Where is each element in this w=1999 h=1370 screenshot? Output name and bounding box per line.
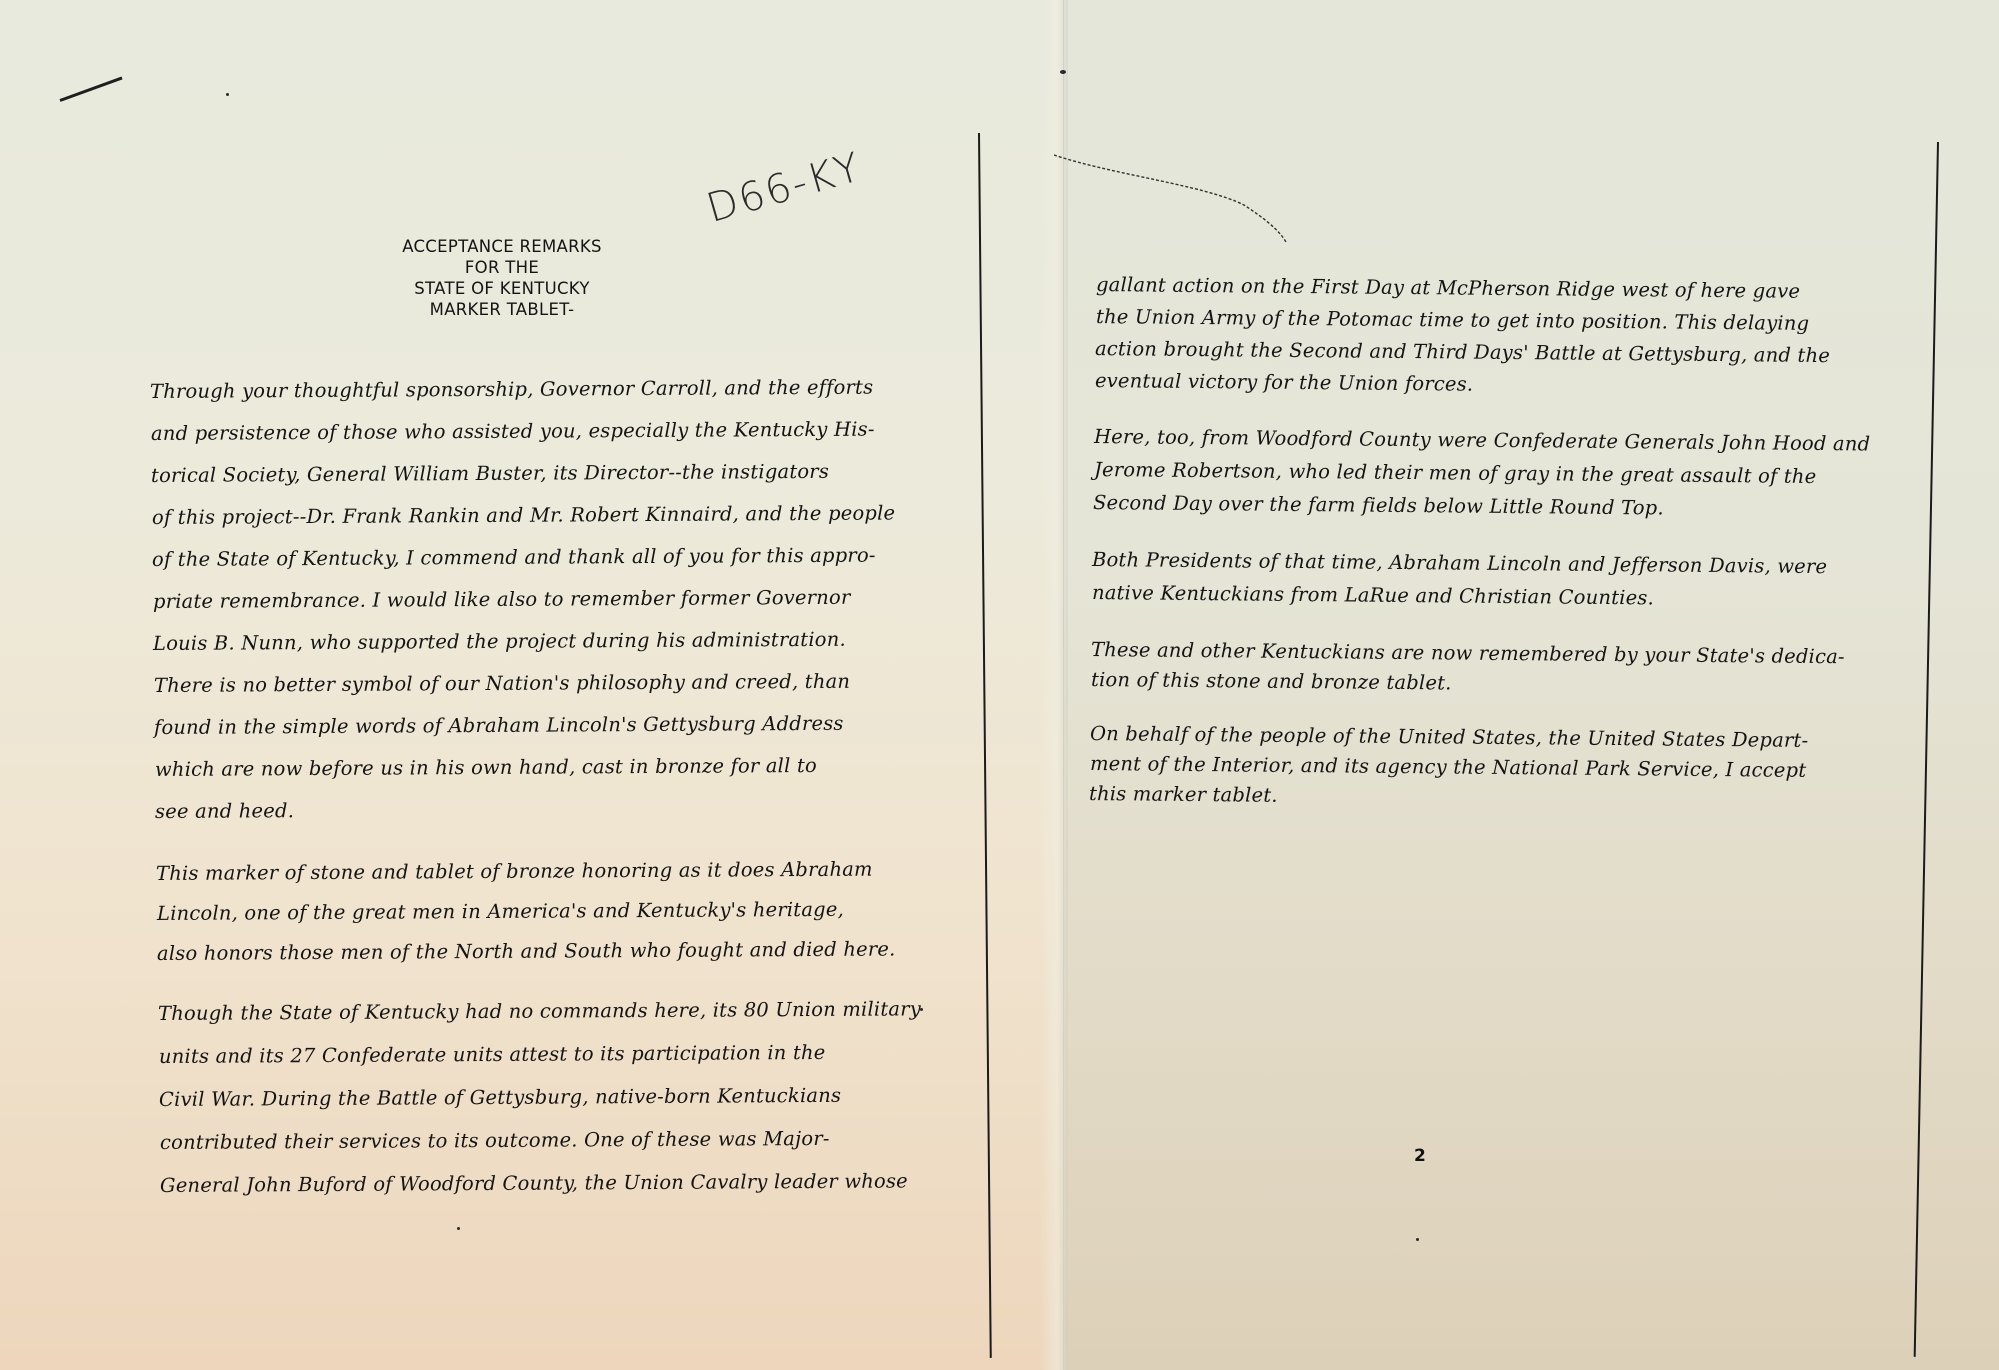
speck bbox=[1060, 70, 1066, 74]
text-line: units and its 27 Confederate units attes… bbox=[159, 1041, 826, 1068]
document-title: ACCEPTANCE REMARKS FOR THE STATE OF KENT… bbox=[372, 236, 632, 320]
text-line: which are now before us in his own hand,… bbox=[155, 754, 817, 781]
speck bbox=[1416, 1238, 1419, 1241]
text-line: Though the State of Kentucky had no comm… bbox=[158, 997, 921, 1025]
text-line: Lincoln, one of the great men in America… bbox=[157, 898, 844, 925]
text-line: There is no better symbol of our Nation'… bbox=[154, 670, 850, 697]
title-line: ACCEPTANCE REMARKS bbox=[372, 236, 632, 257]
text-line: and persistence of those who assisted yo… bbox=[150, 418, 874, 445]
text-line: Louis B. Nunn, who supported the project… bbox=[153, 628, 846, 655]
text-line: This marker of stone and tablet of bronz… bbox=[156, 858, 873, 885]
speck bbox=[226, 93, 229, 96]
text-line: contributed their services to its outcom… bbox=[160, 1127, 830, 1154]
text-line: also honors those men of the North and S… bbox=[157, 937, 896, 965]
title-line: FOR THE bbox=[372, 257, 632, 278]
page-number: 2 bbox=[1414, 1146, 1426, 1166]
text-line: of the State of Kentucky, I commend and … bbox=[152, 544, 876, 571]
text-line: tion of this stone and bronze tablet. bbox=[1091, 668, 1452, 694]
text-line: General John Buford of Woodford County, … bbox=[160, 1169, 908, 1197]
text-line: found in the simple words of Abraham Lin… bbox=[154, 712, 844, 739]
text-line: see and heed. bbox=[155, 799, 294, 823]
speck bbox=[457, 1227, 460, 1230]
scanned-document: D66-KY ACCEPTANCE REMARKS FOR THE STATE … bbox=[0, 0, 1999, 1370]
text-line: Through your thoughtful sponsorship, Gov… bbox=[150, 376, 873, 403]
text-line: priate remembrance. I would like also to… bbox=[153, 586, 851, 613]
text-line: torical Society, General William Buster,… bbox=[151, 460, 829, 487]
text-line: eventual victory for the Union forces. bbox=[1095, 369, 1473, 396]
dotted-curve-mark bbox=[1054, 150, 1334, 260]
title-line: STATE OF KENTUCKY bbox=[372, 278, 632, 299]
text-line: this marker tablet. bbox=[1089, 782, 1278, 807]
text-line: Civil War. During the Battle of Gettysbu… bbox=[159, 1084, 841, 1111]
title-line: MARKER TABLET- bbox=[372, 299, 632, 320]
text-line: of this project--Dr. Frank Rankin and Mr… bbox=[152, 501, 895, 529]
